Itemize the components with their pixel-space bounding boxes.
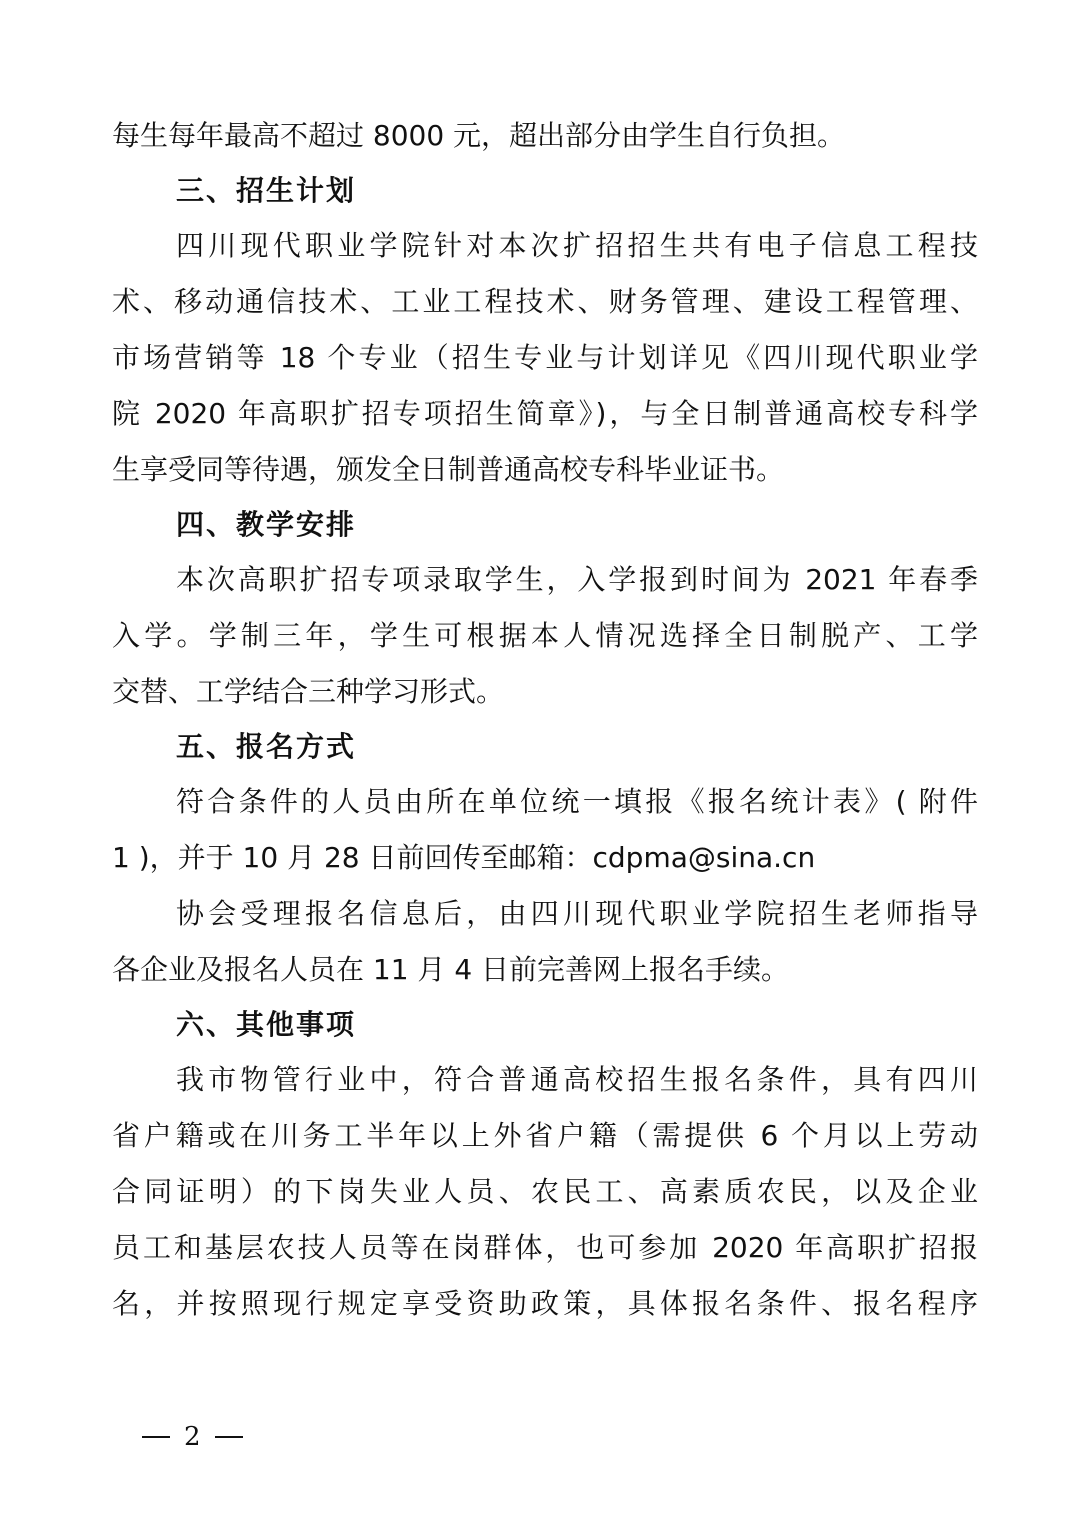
section-heading-enrollment-plan: 三、招生计划	[176, 173, 356, 209]
body-line-online-deadline: 各企业及报名人员在 11 月 4 日前完善网上报名手续。	[112, 952, 789, 988]
body-line-eligible-groups: 合同证明）的下岗失业人员、农民工、高素质农民，以及企业	[112, 1174, 978, 1210]
body-line-household-registration: 省户籍或在川务工半年以上外省户籍（需提供 6 个月以上劳动	[112, 1118, 978, 1154]
body-line-registration-form: 符合条件的人员由所在单位统一填报《报名统计表》( 附件	[176, 784, 978, 820]
page-number: 2	[184, 1422, 201, 1452]
section-heading-teaching-arrangement: 四、教学安排	[176, 507, 356, 543]
body-line-fee-limit: 每生每年最高不超过 8000 元，超出部分由学生自行负担。	[112, 118, 845, 154]
body-line-study-duration: 入学。学制三年，学生可根据本人情况选择全日制脱产、工学	[112, 618, 978, 654]
body-line-study-forms: 交替、工学结合三种学习形式。	[112, 674, 504, 710]
body-line-majors-intro: 四川现代职业学院针对本次扩招招生共有电子信息工程技	[176, 228, 978, 264]
body-line-enrollment-time: 本次高职扩招专项录取学生，入学报到时间为 2021 年春季	[176, 562, 978, 598]
body-line-employed-groups: 员工和基层农技人员等在岗群体，也可参加 2020 年高职扩招报	[112, 1230, 978, 1266]
section-heading-other-matters: 六、其他事项	[176, 1007, 356, 1043]
dash-left	[142, 1436, 170, 1438]
body-line-eligibility-intro: 我市物管行业中，符合普通高校招生报名条件，具有四川	[176, 1062, 978, 1098]
body-line-majors-list: 术、移动通信技术、工业工程技术、财务管理、建设工程管理、	[112, 284, 978, 320]
dash-right	[215, 1436, 243, 1438]
body-line-submission-email: 1 )，并于 10 月 28 日前回传至邮箱：cdpma@sina.cn	[112, 840, 815, 876]
body-line-funding-policy: 名，并按照现行规定享受资助政策，具体报名条件、报名程序	[112, 1286, 978, 1322]
document-page: 每生每年最高不超过 8000 元，超出部分由学生自行负担。 三、招生计划 四川现…	[0, 0, 1080, 1527]
page-number-footer: 2	[142, 1422, 243, 1452]
body-line-brochure-ref: 院 2020 年高职扩招专项招生简章》)，与全日制普通高校专科学	[112, 396, 978, 432]
section-heading-registration-method: 五、报名方式	[176, 729, 356, 765]
body-line-certificate: 生享受同等待遇，颁发全日制普通高校专科毕业证书。	[112, 452, 784, 488]
body-line-association-guidance: 协会受理报名信息后，由四川现代职业学院招生老师指导	[176, 896, 978, 932]
body-line-majors-count: 市场营销等 18 个专业（招生专业与计划详见《四川现代职业学	[112, 340, 978, 376]
